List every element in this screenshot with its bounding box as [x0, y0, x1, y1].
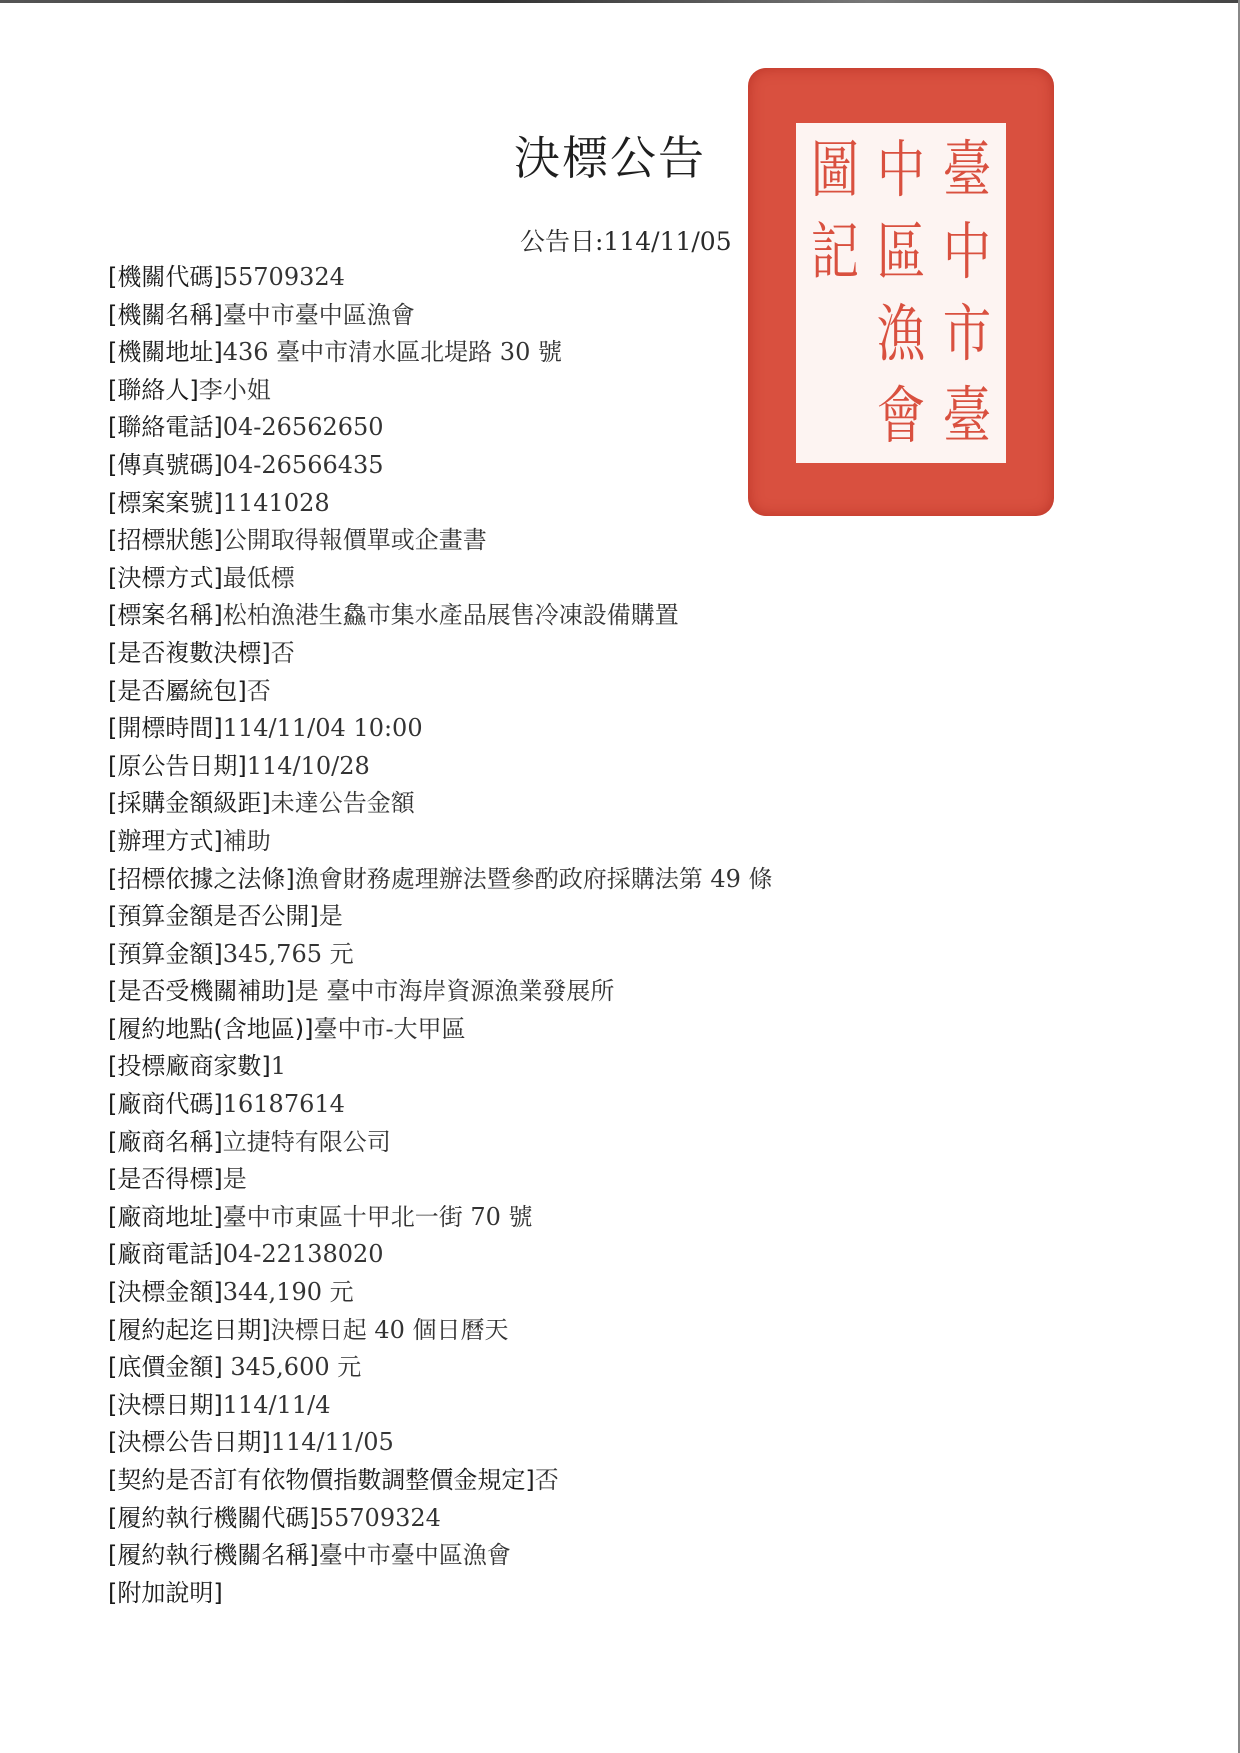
seal-char: 市 [941, 293, 992, 375]
field-contact-phone: [聯絡電話]04-26562650 [108, 408, 773, 446]
field-vendor-name: [廠商名稱]立捷特有限公司 [108, 1123, 773, 1161]
field-tender-name: [標案名稱]松柏漁港生鱻市集水產品展售冷凍設備購置 [108, 596, 773, 634]
official-seal-stamp: 臺 中 市 臺 中 區 漁 會 圖 記 [748, 68, 1054, 516]
field-value: 李小姐 [199, 376, 271, 404]
field-label: [是否複數決標] [108, 639, 271, 667]
field-value: 114/11/4 [223, 1391, 331, 1419]
seal-char: 漁 [875, 293, 926, 375]
field-value: 臺中市東區十甲北一街 70 號 [223, 1203, 533, 1231]
page-title: 決標公告 [514, 122, 706, 188]
field-label: [聯絡電話] [108, 413, 223, 441]
field-label: [廠商代碼] [108, 1090, 223, 1118]
field-handling-method: [辦理方式]補助 [108, 822, 773, 860]
field-label: [辦理方式] [108, 827, 223, 855]
field-value: 344,190 元 [223, 1278, 354, 1306]
seal-inscription: 臺 中 市 臺 中 區 漁 會 圖 記 [796, 123, 1006, 463]
field-agency-code: [機關代碼]55709324 [108, 258, 773, 296]
field-label: [履約執行機關代碼] [108, 1504, 319, 1532]
field-award-date: [決標日期]114/11/4 [108, 1386, 773, 1424]
field-value: 臺中市-大甲區 [313, 1015, 465, 1043]
field-label: [機關地址] [108, 338, 223, 366]
seal-char: 圖 [809, 129, 860, 211]
field-procurement-tier: [採購金額級距]未達公告金額 [108, 784, 773, 822]
field-label: [是否屬統包] [108, 677, 247, 705]
field-label: [聯絡人] [108, 376, 199, 404]
field-label: [原公告日期] [108, 752, 247, 780]
field-vendor-code: [廠商代碼]16187614 [108, 1085, 773, 1123]
field-vendor-address: [廠商地址]臺中市東區十甲北一街 70 號 [108, 1198, 773, 1236]
field-label: [開標時間] [108, 714, 223, 742]
seal-char: 臺 [941, 129, 992, 211]
seal-char: 中 [941, 211, 992, 293]
field-label: [履約執行機關名稱] [108, 1541, 319, 1569]
field-label: [履約起迄日期] [108, 1316, 271, 1344]
field-value: 1 [271, 1052, 286, 1080]
seal-char: 臺 [941, 375, 992, 457]
field-label: [契約是否訂有依物價指數調整價金規定] [108, 1466, 535, 1494]
field-value: 臺中市臺中區漁會 [319, 1541, 511, 1569]
field-value: 16187614 [223, 1090, 345, 1118]
field-value: 未達公告金額 [271, 789, 415, 817]
field-executing-agency-code: [履約執行機關代碼]55709324 [108, 1499, 773, 1537]
seal-char: 會 [875, 375, 926, 457]
field-value: 345,600 元 [223, 1353, 362, 1381]
field-legal-basis: [招標依據之法條]漁會財務處理辦法暨參酌政府採購法第 49 條 [108, 860, 773, 898]
field-value: 55709324 [223, 263, 345, 291]
field-executing-agency-name: [履約執行機關名稱]臺中市臺中區漁會 [108, 1536, 773, 1574]
field-value: 決標日起 40 個日曆天 [271, 1316, 509, 1344]
field-label: [招標依據之法條] [108, 865, 295, 893]
field-turnkey: [是否屬統包]否 [108, 672, 773, 710]
field-value: 04-26566435 [223, 451, 384, 479]
field-label: [招標狀態] [108, 526, 223, 554]
field-contact-person: [聯絡人]李小姐 [108, 371, 773, 409]
field-value: 114/11/05 [271, 1428, 394, 1456]
field-label: [預算金額] [108, 940, 223, 968]
field-value: 臺中市臺中區漁會 [223, 301, 415, 329]
field-value: 立捷特有限公司 [223, 1128, 391, 1156]
field-label: [廠商名稱] [108, 1128, 223, 1156]
field-value: 否 [271, 639, 295, 667]
field-reserve-price: [底價金額] 345,600 元 [108, 1348, 773, 1386]
field-award-amount: [決標金額]344,190 元 [108, 1273, 773, 1311]
field-value: 04-26562650 [223, 413, 384, 441]
field-value: 最低標 [223, 564, 295, 592]
field-awarded: [是否得標]是 [108, 1160, 773, 1198]
field-label: [履約地點(含地區)] [108, 1015, 313, 1043]
field-label: [廠商電話] [108, 1240, 223, 1268]
field-multiple-award: [是否複數決標]否 [108, 634, 773, 672]
field-value: 否 [535, 1466, 559, 1494]
field-budget-public: [預算金額是否公開]是 [108, 897, 773, 935]
field-budget-amount: [預算金額]345,765 元 [108, 935, 773, 973]
seal-char: 中 [875, 129, 926, 211]
seal-char: 記 [809, 211, 860, 293]
field-vendor-phone: [廠商電話]04-22138020 [108, 1235, 773, 1273]
field-label: [採購金額級距] [108, 789, 271, 817]
field-additional-notes: [附加說明] [108, 1574, 773, 1612]
field-performance-location: [履約地點(含地區)]臺中市-大甲區 [108, 1010, 773, 1048]
field-price-index-adjustment: [契約是否訂有依物價指數調整價金規定]否 [108, 1461, 773, 1499]
field-label: [機關名稱] [108, 301, 223, 329]
field-label: [預算金額是否公開] [108, 902, 319, 930]
field-label: [傳真號碼] [108, 451, 223, 479]
field-original-announce-date: [原公告日期]114/10/28 [108, 747, 773, 785]
field-value: 是 [223, 1165, 247, 1193]
field-label: [決標金額] [108, 1278, 223, 1306]
field-label: [是否受機關補助] [108, 977, 295, 1005]
field-label: [投標廠商家數] [108, 1052, 271, 1080]
field-label: [是否得標] [108, 1165, 223, 1193]
field-value: 114/11/04 10:00 [223, 714, 423, 742]
field-award-announce-date: [決標公告日期]114/11/05 [108, 1423, 773, 1461]
field-agency-name: [機關名稱]臺中市臺中區漁會 [108, 296, 773, 334]
field-label: [標案名稱] [108, 601, 223, 629]
field-tender-status: [招標狀態]公開取得報價單或企畫書 [108, 521, 773, 559]
field-value: 55709324 [319, 1504, 441, 1532]
announcement-fields: [機關代碼]55709324 [機關名稱]臺中市臺中區漁會 [機關地址]436 … [108, 258, 773, 1611]
field-award-method: [決標方式]最低標 [108, 559, 773, 597]
field-value: 345,765 元 [223, 940, 354, 968]
announce-date: 公告日:114/11/05 [520, 222, 732, 258]
field-value: 1141028 [223, 489, 330, 517]
field-label: [決標方式] [108, 564, 223, 592]
field-label: [附加說明] [108, 1579, 223, 1607]
field-value: 公開取得報價單或企畫書 [223, 526, 487, 554]
field-value: 是 臺中市海岸資源漁業發展所 [295, 977, 615, 1005]
field-value: 04-22138020 [223, 1240, 384, 1268]
field-subsidized: [是否受機關補助]是 臺中市海岸資源漁業發展所 [108, 972, 773, 1010]
field-label: [標案案號] [108, 489, 223, 517]
scan-edge [0, 0, 1240, 3]
seal-char: 區 [875, 211, 926, 293]
field-performance-period: [履約起迄日期]決標日起 40 個日曆天 [108, 1311, 773, 1349]
field-value: 436 臺中市清水區北堤路 30 號 [223, 338, 562, 366]
field-label: [廠商地址] [108, 1203, 223, 1231]
field-value: 補助 [223, 827, 271, 855]
field-label: [機關代碼] [108, 263, 223, 291]
field-agency-address: [機關地址]436 臺中市清水區北堤路 30 號 [108, 333, 773, 371]
field-fax: [傳真號碼]04-26566435 [108, 446, 773, 484]
field-value: 114/10/28 [247, 752, 370, 780]
field-label: [決標日期] [108, 1391, 223, 1419]
field-label: [底價金額] [108, 1353, 223, 1381]
field-tender-number: [標案案號]1141028 [108, 484, 773, 522]
field-label: [決標公告日期] [108, 1428, 271, 1456]
field-bidder-count: [投標廠商家數]1 [108, 1047, 773, 1085]
field-opening-time: [開標時間]114/11/04 10:00 [108, 709, 773, 747]
field-value: 松柏漁港生鱻市集水產品展售冷凍設備購置 [223, 601, 679, 629]
field-value: 是 [319, 902, 343, 930]
field-value: 否 [247, 677, 271, 705]
field-value: 漁會財務處理辦法暨參酌政府採購法第 49 條 [295, 865, 773, 893]
